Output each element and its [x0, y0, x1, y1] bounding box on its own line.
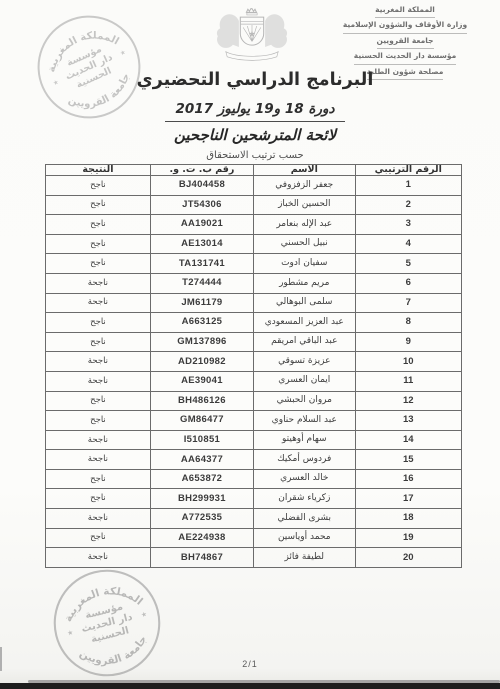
header-cin: رقم ب. ت. و.	[150, 165, 253, 176]
result-cell: ناجح	[46, 489, 151, 509]
cin-cell: AE39041	[150, 371, 253, 391]
rank-cell: 4	[355, 234, 461, 254]
cin-cell: BH74867	[150, 548, 253, 568]
name-cell: عبد السلام حناوي	[254, 411, 356, 431]
table-row: 10 عزيزة تسوقي AD210982 ناجحة	[46, 352, 462, 372]
cin-cell: BH486126	[150, 391, 253, 411]
rank-cell: 15	[355, 450, 461, 470]
name-cell: زكرياء شقران	[254, 489, 356, 509]
result-cell: ناجحة	[46, 450, 151, 470]
rank-cell: 18	[355, 509, 461, 529]
name-cell: سفيان ادوت	[254, 254, 356, 274]
cin-cell: A663125	[150, 313, 253, 333]
result-cell: ناجحة	[46, 293, 151, 313]
name-cell: بشرى الفضلي	[254, 509, 356, 529]
header-name: الاسم	[254, 165, 356, 176]
cin-cell: A772535	[150, 509, 253, 529]
result-cell: ناجحة	[46, 273, 151, 293]
result-cell: ناجح	[46, 469, 151, 489]
rank-cell: 19	[355, 528, 461, 548]
rank-cell: 14	[355, 430, 461, 450]
org-line-university: جامعة القرويين	[314, 34, 496, 49]
rank-cell: 10	[355, 352, 461, 372]
table-row: 6 مريم مشطور T274444 ناجحة	[46, 273, 462, 293]
page-number: 2/1	[0, 659, 500, 669]
name-cell: سهام أوهيتو	[254, 430, 356, 450]
rank-cell: 16	[355, 469, 461, 489]
letterhead-org-block: المملكة المغربية وزارة الأوقاف والشؤون ا…	[314, 3, 496, 80]
table-row: 11 ايمان العسري AE39041 ناجحة	[46, 371, 462, 391]
cin-cell: AD210982	[150, 352, 253, 372]
name-cell: جعفر الزفزوفي	[254, 175, 356, 195]
cin-cell: AA19021	[150, 215, 253, 235]
rank-cell: 6	[355, 273, 461, 293]
rank-cell: 17	[355, 489, 461, 509]
header-rank: الرقم الترتيبي	[355, 165, 461, 176]
result-cell: ناجحة	[46, 509, 151, 529]
scanned-document-page: المملكة المغربية جامعة القرويين مؤسسة دا…	[0, 0, 500, 689]
name-cell: مروان الحبشي	[254, 391, 356, 411]
name-cell: مريم مشطور	[254, 273, 356, 293]
stamp-star-icon: ★	[66, 628, 74, 637]
rank-cell: 11	[355, 371, 461, 391]
table-row: 18 بشرى الفضلي A772535 ناجحة	[46, 509, 462, 529]
cin-cell: GM86477	[150, 411, 253, 431]
table-row: 8 عبد العزيز المسعودي A663125 ناجح	[46, 313, 462, 333]
table-row: 15 فردوس أمكيك AA64377 ناجحة	[46, 450, 462, 470]
title-merit-order: حسب ترتيب الاستحقاق	[0, 150, 500, 161]
name-cell: سلمى البوهالي	[254, 293, 356, 313]
result-cell: ناجح	[46, 254, 151, 274]
result-cell: ناجح	[46, 234, 151, 254]
rank-cell: 7	[355, 293, 461, 313]
name-cell: فردوس أمكيك	[254, 450, 356, 470]
name-cell: الحسين الخباز	[254, 195, 356, 215]
moroccan-coat-of-arms-icon	[204, 4, 300, 62]
cin-cell: BH299931	[150, 489, 253, 509]
cin-cell: A653872	[150, 469, 253, 489]
results-table: الرقم الترتيبي الاسم رقم ب. ت. و. النتيج…	[45, 164, 462, 568]
rank-cell: 8	[355, 313, 461, 333]
cin-cell: T274444	[150, 273, 253, 293]
result-cell: ناجح	[46, 175, 151, 195]
result-cell: ناجح	[46, 215, 151, 235]
scan-artifact-left	[0, 647, 2, 671]
stamp-star-icon: ★	[119, 48, 128, 58]
name-cell: خالد العسري	[254, 469, 356, 489]
table-row: 4 نبيل الحسني AE13014 ناجح	[46, 234, 462, 254]
org-line-institution: مؤسسة دار الحديث الحسنية	[314, 49, 496, 64]
result-cell: ناجحة	[46, 352, 151, 372]
table-row: 7 سلمى البوهالي JM61179 ناجحة	[46, 293, 462, 313]
cin-cell: AA64377	[150, 450, 253, 470]
name-cell: عزيزة تسوقي	[254, 352, 356, 372]
rank-cell: 2	[355, 195, 461, 215]
title-candidates-list: لائحة المترشحين الناجحين	[0, 126, 500, 144]
cin-cell: BJ404458	[150, 175, 253, 195]
cin-cell: JM61179	[150, 293, 253, 313]
cin-cell: AE224938	[150, 528, 253, 548]
table-row: 9 عبد الباقي امريقم GM137896 ناجح	[46, 332, 462, 352]
result-cell: ناجح	[46, 195, 151, 215]
name-cell: محمد أوياسين	[254, 528, 356, 548]
name-cell: عبد الإله بنعامر	[254, 215, 356, 235]
result-cell: ناجحة	[46, 371, 151, 391]
name-cell: عبد الباقي امريقم	[254, 332, 356, 352]
result-cell: ناجح	[46, 391, 151, 411]
table-row: 1 جعفر الزفزوفي BJ404458 ناجح	[46, 175, 462, 195]
table-row: 13 عبد السلام حناوي GM86477 ناجح	[46, 411, 462, 431]
table-row: 16 خالد العسري A653872 ناجح	[46, 469, 462, 489]
cin-cell: GM137896	[150, 332, 253, 352]
cin-cell: I510851	[150, 430, 253, 450]
table-row: 19 محمد أوياسين AE224938 ناجح	[46, 528, 462, 548]
result-cell: ناجح	[46, 411, 151, 431]
rank-cell: 12	[355, 391, 461, 411]
table-row: 17 زكرياء شقران BH299931 ناجح	[46, 489, 462, 509]
rank-cell: 20	[355, 548, 461, 568]
name-cell: لطيفة فائز	[254, 548, 356, 568]
name-cell: نبيل الحسني	[254, 234, 356, 254]
table-row: 2 الحسين الخباز JT54306 ناجح	[46, 195, 462, 215]
scan-artifact-bottom-band	[0, 683, 500, 689]
rank-cell: 3	[355, 215, 461, 235]
result-cell: ناجحة	[46, 430, 151, 450]
rank-cell: 13	[355, 411, 461, 431]
table-row: 3 عبد الإله بنعامر AA19021 ناجح	[46, 215, 462, 235]
title-program: البرنامج الدراسي التحضيري	[0, 70, 500, 90]
result-cell: ناجح	[46, 313, 151, 333]
rank-cell: 5	[355, 254, 461, 274]
result-cell: ناجح	[46, 528, 151, 548]
table-row: 12 مروان الحبشي BH486126 ناجح	[46, 391, 462, 411]
title-session: دورة 18 و19 يوليوز 2017	[0, 101, 500, 122]
org-line-kingdom: المملكة المغربية	[314, 3, 496, 18]
org-line-ministry: وزارة الأوقاف والشؤون الإسلامية	[314, 18, 496, 33]
name-cell: عبد العزيز المسعودي	[254, 313, 356, 333]
rank-cell: 1	[355, 175, 461, 195]
rank-cell: 9	[355, 332, 461, 352]
result-cell: ناجح	[46, 332, 151, 352]
table-row: 14 سهام أوهيتو I510851 ناجحة	[46, 430, 462, 450]
cin-cell: JT54306	[150, 195, 253, 215]
cin-cell: AE13014	[150, 234, 253, 254]
header-result: النتيجة	[46, 165, 151, 176]
name-cell: ايمان العسري	[254, 371, 356, 391]
cin-cell: TA131741	[150, 254, 253, 274]
table-header-row: الرقم الترتيبي الاسم رقم ب. ت. و. النتيج…	[46, 165, 462, 176]
stamp-star-icon: ★	[140, 610, 148, 619]
table-row: 5 سفيان ادوت TA131741 ناجح	[46, 254, 462, 274]
